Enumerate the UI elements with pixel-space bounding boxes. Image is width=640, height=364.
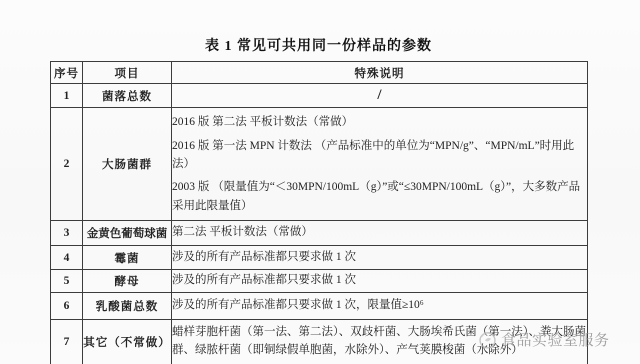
table-row: 2 大肠菌群 2016 版 第二法 平板计数法（常做） 2016 版 第一法 M… — [51, 108, 588, 221]
table-row: 3 金黄色葡萄球菌 第二法 平板计数法（常做） — [51, 221, 588, 246]
table-row: 5 酵母 涉及的所有产品标准都只要求做 1 次 — [51, 270, 588, 293]
row-serial: 7 — [51, 320, 83, 364]
header-notes: 特殊说明 — [172, 62, 588, 84]
row-serial: 1 — [51, 84, 83, 108]
row-item: 霉菌 — [83, 246, 172, 270]
row-serial: 5 — [51, 270, 83, 293]
row-note: 涉及的所有产品标准都只要求做 1 次，限量值≥10⁶ — [172, 293, 588, 320]
parameters-table-wrapper: 序号 项目 特殊说明 1 菌落总数 / 2 大肠菌群 2016 版 第二法 平板… — [50, 61, 588, 364]
slash-placeholder: / — [377, 87, 381, 103]
note-line: 2003 版 （限量值为“＜30MPN/100mL（g）”或“≤30MPN/10… — [172, 178, 587, 215]
row-note: 涉及的所有产品标准都只要求做 1 次 — [172, 246, 588, 270]
row-serial: 4 — [51, 246, 83, 270]
parameters-table: 序号 项目 特殊说明 1 菌落总数 / 2 大肠菌群 2016 版 第二法 平板… — [50, 61, 588, 364]
watermark: 食品实验室服务 — [477, 329, 610, 350]
note-line: 2016 版 第二法 平板计数法（常做） — [172, 113, 587, 131]
table-row: 6 乳酸菌总数 涉及的所有产品标准都只要求做 1 次，限量值≥10⁶ — [51, 293, 588, 320]
row-serial: 3 — [51, 221, 83, 246]
row-note: / — [172, 84, 588, 108]
row-item: 金黄色葡萄球菌 — [83, 221, 172, 246]
header-serial: 序号 — [51, 62, 83, 84]
row-note: 第二法 平板计数法（常做） — [172, 221, 588, 246]
table-title: 表 1 常见可共用同一份样品的参数 — [50, 35, 587, 55]
table-row: 4 霉菌 涉及的所有产品标准都只要求做 1 次 — [51, 246, 588, 270]
circle-logo-icon — [477, 329, 498, 350]
row-note: 涉及的所有产品标准都只要求做 1 次 — [172, 270, 588, 293]
row-item: 酵母 — [83, 270, 172, 293]
row-item: 菌落总数 — [83, 84, 172, 108]
row-item: 大肠菌群 — [83, 108, 172, 221]
table-header-row: 序号 项目 特殊说明 — [51, 62, 588, 84]
watermark-text: 食品实验室服务 — [501, 329, 610, 350]
table-row: 1 菌落总数 / — [51, 84, 588, 108]
document-page: 表 1 常见可共用同一份样品的参数 序号 项目 特殊说明 1 菌落总数 / — [0, 0, 640, 364]
row-serial: 6 — [51, 293, 83, 320]
row-item: 其它（不常做） — [83, 320, 172, 364]
header-item: 项目 — [83, 62, 172, 84]
row-item: 乳酸菌总数 — [83, 293, 172, 320]
note-line: 2016 版 第一法 MPN 计数法 （产品标准中的单位为“MPN/g”、“MP… — [172, 137, 587, 174]
row-serial: 2 — [51, 108, 83, 221]
row-note: 2016 版 第二法 平板计数法（常做） 2016 版 第一法 MPN 计数法 … — [172, 108, 588, 221]
